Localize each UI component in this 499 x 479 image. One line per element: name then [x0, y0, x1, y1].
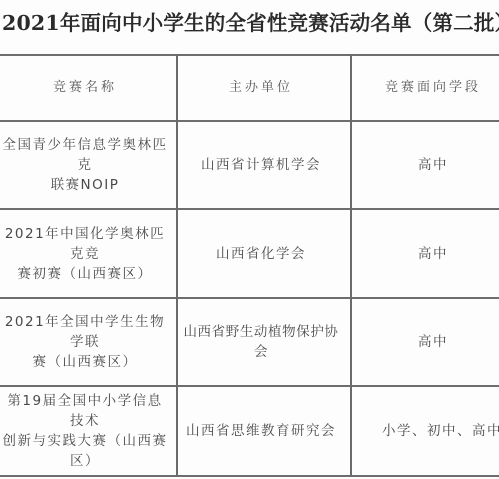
table-bottom-rule [0, 475, 499, 477]
level-text: 小学、初中、高中 [382, 421, 499, 441]
row-2-level: 高中 [352, 210, 499, 297]
name-line: 创新与实践大赛（山西赛 [0, 431, 170, 451]
name-line: 2021年中国化学奥林匹克竞 [0, 224, 170, 264]
row-1-organizer: 山西省计算机学会 [178, 122, 344, 208]
header-label: 竞赛名称 [53, 78, 117, 98]
organizer-text: 山西省计算机学会 [201, 155, 321, 175]
header-level: 竞赛面向学段 [352, 56, 499, 120]
row-3-competition-name: 2021年全国中学生生物学联 赛（山西赛区） [0, 299, 170, 385]
name-line: 联赛NOIP [0, 175, 170, 195]
organizer-text: 山西省野生动植物保护协会 [178, 322, 344, 362]
row-4-level: 小学、初中、高中 [352, 387, 499, 475]
level-text: 高中 [418, 332, 448, 352]
organizer-text: 山西省化学会 [216, 244, 306, 264]
level-text: 高中 [418, 155, 448, 175]
organizer-text: 山西省思维教育研究会 [186, 421, 336, 441]
row-3-organizer: 山西省野生动植物保护协会 [178, 299, 344, 385]
header-competition-name: 竞赛名称 [0, 56, 170, 120]
name-line: 区） [0, 451, 170, 471]
row-4-competition-name: 第19届全国中小学信息技术 创新与实践大赛（山西赛 区） [0, 387, 170, 475]
name-line: 赛（山西赛区） [0, 352, 170, 372]
row-2-organizer: 山西省化学会 [178, 210, 344, 297]
level-text: 高中 [418, 244, 448, 264]
header-label: 主办单位 [229, 78, 293, 98]
row-2-competition-name: 2021年中国化学奥林匹克竞 赛初赛（山西赛区） [0, 210, 170, 297]
header-label: 竞赛面向学段 [385, 78, 481, 98]
name-line: 赛初赛（山西赛区） [0, 264, 170, 284]
row-1-competition-name: 全国青少年信息学奥林匹克 联赛NOIP [0, 122, 170, 208]
row-3-level: 高中 [352, 299, 499, 385]
row-1-level: 高中 [352, 122, 499, 208]
document-page: 2021年面向中小学生的全省性竞赛活动名单（第二批） 竞赛名称 主办单位 竞赛面… [0, 0, 499, 479]
document-title: 2021年面向中小学生的全省性竞赛活动名单（第二批） [2, 6, 499, 36]
row-4-organizer: 山西省思维教育研究会 [178, 387, 344, 475]
name-line: 2021年全国中学生生物学联 [0, 312, 170, 352]
name-line: 第19届全国中小学信息技术 [0, 391, 170, 431]
header-organizer: 主办单位 [178, 56, 344, 120]
name-line: 全国青少年信息学奥林匹克 [0, 135, 170, 175]
